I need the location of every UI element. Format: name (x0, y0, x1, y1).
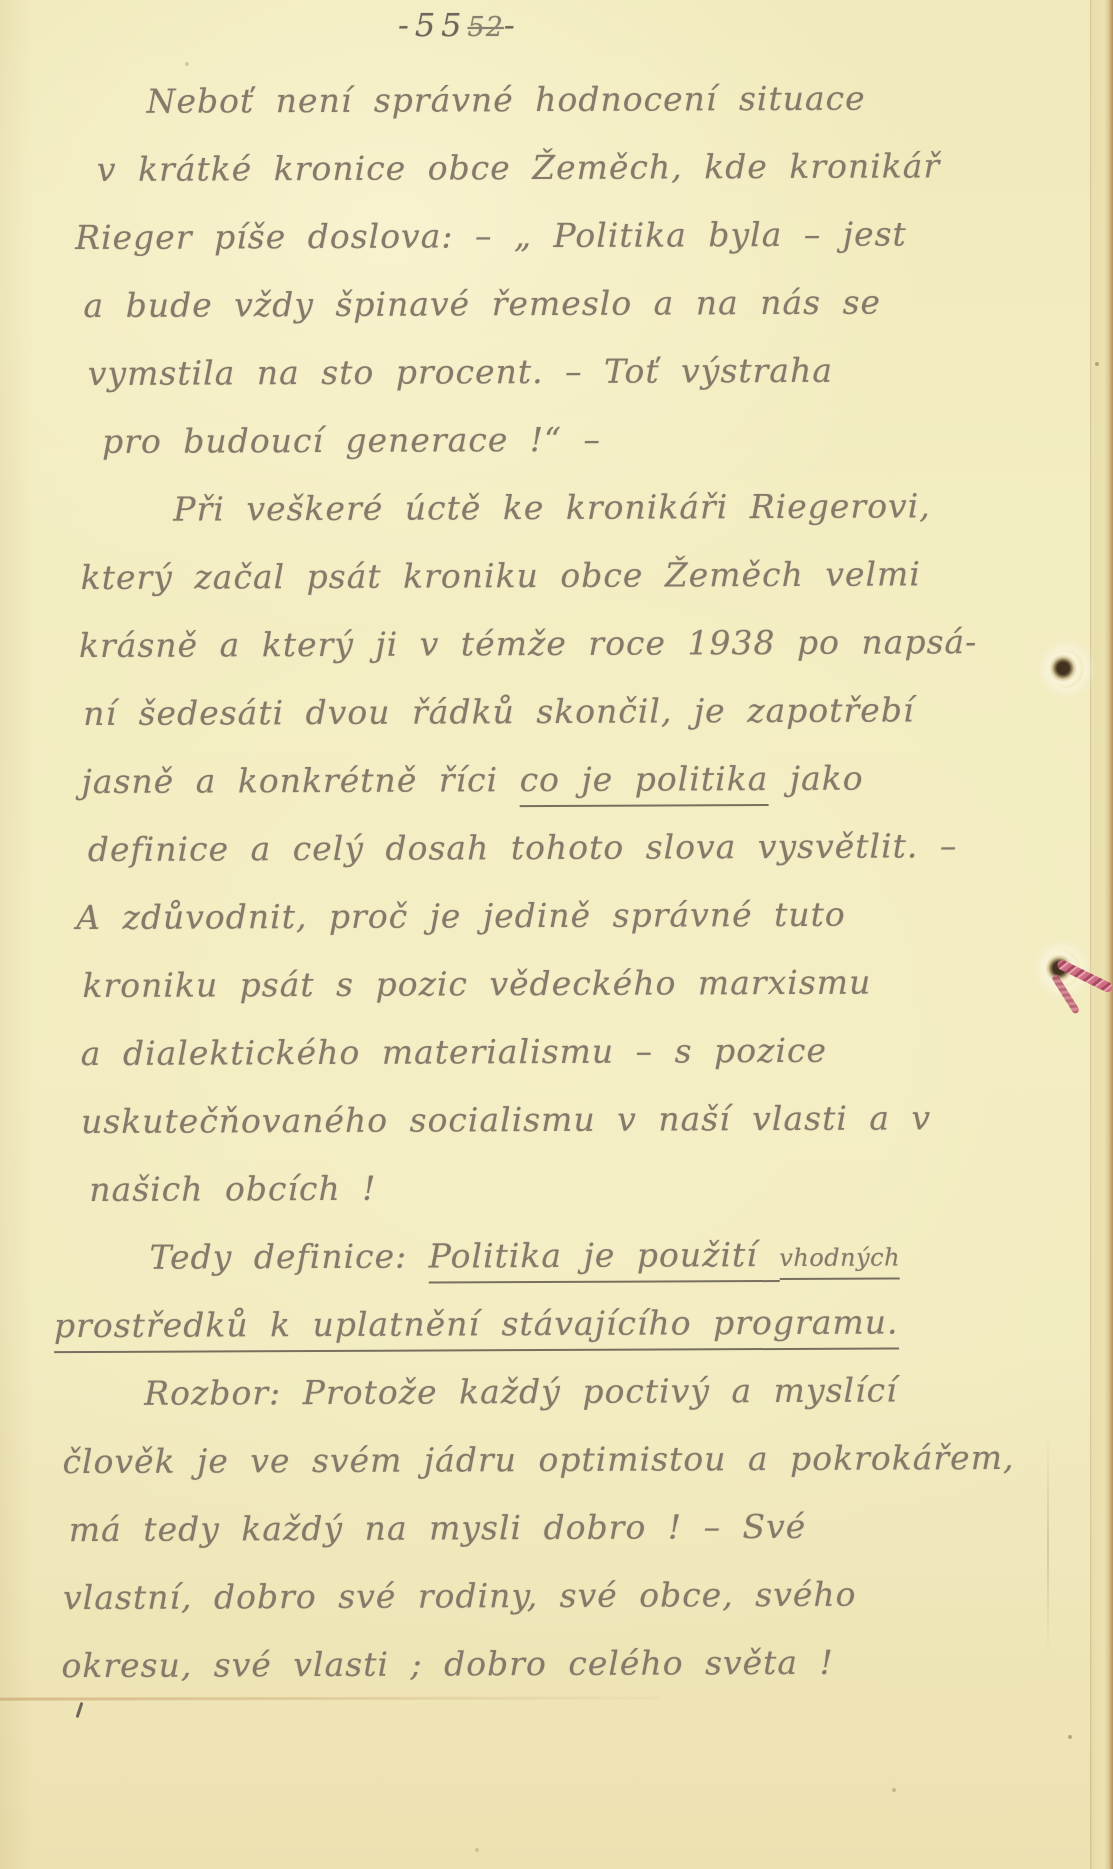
manuscript-page: -5552- Neboť není správné hodnocení situ… (0, 0, 1113, 1869)
text-segment: Rozbor: Protože každý poctivý a myslící (144, 1370, 898, 1412)
text-segment: krásně a který ji v témže roce 1938 po n… (79, 622, 977, 665)
underlined-text: co je politika (520, 759, 769, 807)
manuscript-line: Při veškeré úctě ke kronikáři Riegerovi, (0, 472, 1092, 545)
binding-hole-top (1048, 650, 1084, 688)
text-segment: Při veškeré úctě ke kronikáři Riegerovi, (173, 486, 931, 528)
paper-scratch (1047, 1430, 1049, 1660)
text-segment: vymstila na sto procent. – Toť výstraha (88, 351, 833, 393)
manuscript-line: vlastní, dobro své rodiny, své obce, své… (3, 1560, 1096, 1633)
text-segment: ní šedesáti dvou řádků skončil, je zapot… (83, 690, 914, 733)
text-segment: kroniku psát s pozic vědeckého marxismu (82, 963, 871, 1005)
manuscript-body: Neboť není správné hodnocení situacev kr… (0, 64, 1097, 1701)
manuscript-line: ní šedesáti dvou řádků skončil, je zapot… (0, 676, 1092, 749)
page-edge (1090, 0, 1113, 1869)
manuscript-line: kroniku psát s pozic vědeckého marxismu (0, 948, 1093, 1021)
manuscript-line: jasně a konkrétně říci co je politika ja… (0, 744, 1093, 817)
text-segment: uskutečňovaného socialismu v naší vlasti… (81, 1098, 931, 1141)
text-segment: člověk je ve svém jádru optimistou a pok… (62, 1438, 1014, 1481)
text-segment: má tedy každý na mysli dobro ! – Své (69, 1507, 807, 1549)
text-segment: vlastní, dobro své rodiny, své obce, své… (63, 1575, 856, 1617)
manuscript-line: Rozbor: Protože každý poctivý a myslící (2, 1356, 1095, 1429)
text-segment: Neboť není správné hodnocení situace (147, 79, 866, 121)
manuscript-line: pro budoucí generace !“ – (0, 404, 1091, 477)
page-number: -5552- (398, 6, 521, 44)
manuscript-line: A zdůvodnit, proč je jedině správné tuto (0, 880, 1093, 953)
manuscript-line: našich obcích ! (1, 1152, 1094, 1225)
page-number-text: - (504, 6, 521, 44)
manuscript-line: který začal psát kroniku obce Žeměch vel… (0, 540, 1092, 613)
text-segment: definice a celý dosah tohoto slova vysvě… (88, 826, 958, 869)
manuscript-line: okresu, své vlasti ; dobro celého světa … (3, 1628, 1096, 1701)
manuscript-line: Neboť není správné hodnocení situace (0, 64, 1090, 137)
stray-pen-mark (76, 1702, 84, 1718)
text-segment: Tedy definice: (150, 1237, 429, 1277)
underlined-text: Politika je použití (429, 1235, 780, 1284)
manuscript-line: a bude vždy špinavé řemeslo a na nás se (0, 268, 1091, 341)
manuscript-line: v krátké kronice obce Žeměch, kde kronik… (0, 132, 1090, 205)
page-number-text: -55 (398, 6, 468, 44)
bottom-crease (0, 1696, 660, 1700)
underlined-text: vhodných (779, 1243, 900, 1280)
page-number-struck: 52 (468, 12, 504, 43)
manuscript-line: prostředků k uplatnění stávajícího progr… (2, 1288, 1095, 1361)
manuscript-line: člověk je ve svém jádru optimistou a pok… (2, 1424, 1095, 1497)
manuscript-line: Rieger píše doslova: – „ Politika byla –… (0, 200, 1090, 273)
binding-hole-bottom (1044, 950, 1080, 988)
text-segment: A zdůvodnit, proč je jedině správné tuto (76, 895, 846, 937)
text-segment: který začal psát kroniku obce Žeměch vel… (81, 554, 921, 597)
text-segment: jako (768, 759, 863, 798)
manuscript-line: definice a celý dosah tohoto slova vysvě… (0, 812, 1093, 885)
text-segment: jasně a konkrétně říci (81, 760, 519, 801)
manuscript-line: vymstila na sto procent. – Toť výstraha (0, 336, 1091, 409)
manuscript-line: krásně a který ji v témže roce 1938 po n… (0, 608, 1092, 681)
text-segment: a dialektického materialismu – s pozice (81, 1031, 827, 1073)
manuscript-line: má tedy každý na mysli dobro ! – Své (3, 1492, 1096, 1565)
text-segment: našich obcích ! (89, 1169, 376, 1209)
text-segment: a bude vždy špinavé řemeslo a na nás se (83, 283, 881, 325)
text-segment: pro budoucí generace !“ – (102, 420, 601, 461)
manuscript-line: a dialektického materialismu – s pozice (1, 1016, 1094, 1089)
manuscript-line: Tedy definice: Politika je použití vhodn… (1, 1220, 1094, 1293)
text-segment: Rieger píše doslova: – „ Politika byla –… (75, 214, 907, 257)
text-segment: v krátké kronice obce Žeměch, kde kronik… (97, 146, 940, 189)
underlined-text: prostředků k uplatnění stávajícího progr… (54, 1302, 899, 1353)
paper-specks (0, 0, 2, 2)
text-segment: okresu, své vlasti ; dobro celého světa … (61, 1643, 834, 1685)
manuscript-line: uskutečňovaného socialismu v naší vlasti… (1, 1084, 1094, 1157)
